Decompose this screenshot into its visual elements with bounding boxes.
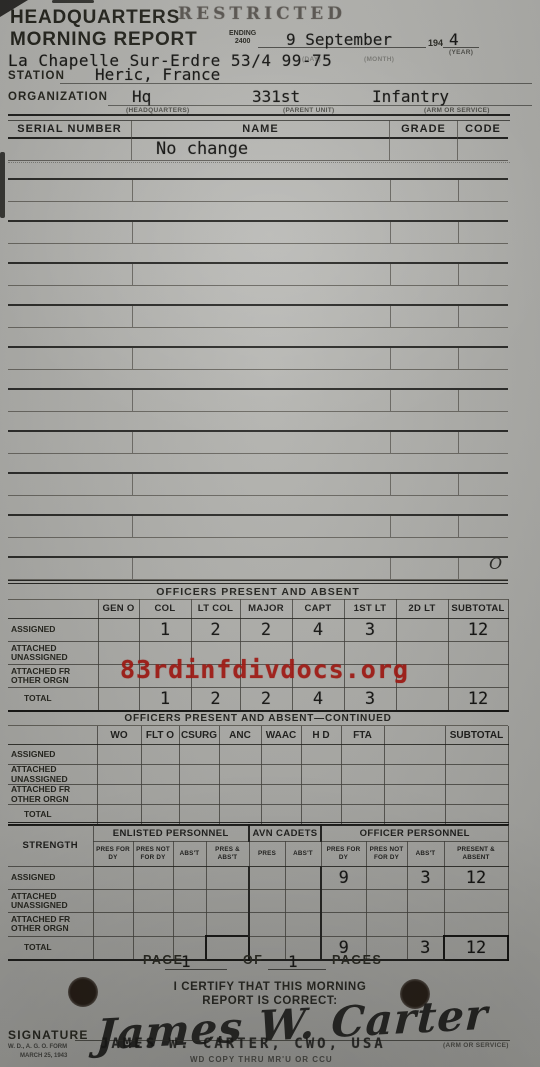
roster-row-rule <box>8 180 508 202</box>
signature-label: SIGNATURE <box>8 1028 89 1042</box>
group-header-avn-cadets: AVN CADETS <box>249 824 321 842</box>
table-cell <box>321 913 366 937</box>
row-label: ATTACHED FR OTHER ORGN <box>8 665 98 688</box>
table-cell <box>285 867 321 890</box>
column-header: ABS'T <box>285 842 321 867</box>
column-header-grade: GRADE <box>390 120 458 137</box>
table-cell <box>173 867 206 890</box>
table-cell <box>93 890 133 913</box>
row-label: ASSIGNED <box>8 619 98 642</box>
column-divider <box>458 180 459 201</box>
table-cell <box>366 890 407 913</box>
column-header-code: CODE <box>458 120 508 137</box>
row-label: ATTACHED FR OTHER ORGN <box>8 913 93 937</box>
column-header: PRES & ABS'T <box>206 842 249 867</box>
table-cell: 2 <box>191 688 240 712</box>
column-divider <box>390 516 391 537</box>
table-cell <box>444 913 508 937</box>
table-cell: 9 <box>321 867 366 890</box>
table-cell <box>133 890 173 913</box>
table-cell <box>93 936 133 960</box>
org-parent-value: 331st <box>252 87 300 106</box>
roster-entry-row: No change <box>8 137 508 161</box>
column-divider <box>132 348 133 369</box>
org-unit-value: Hq <box>132 87 151 106</box>
roster-row-rule <box>8 222 508 244</box>
roster-entry-name: No change <box>132 139 248 159</box>
column-divider <box>458 474 459 495</box>
table-cell <box>366 867 407 890</box>
column-header: WO <box>97 726 141 745</box>
table-cell <box>179 785 219 805</box>
table-cell <box>384 745 445 765</box>
roster-grade-cell <box>390 137 458 160</box>
officers-continued-table: WOFLT OCSURGANCWAACH DFTASUBTOTAL ASSIGN… <box>8 726 509 826</box>
table-cell <box>206 890 249 913</box>
row-label: ASSIGNED <box>8 745 97 765</box>
strength-table: STRENGTH ENLISTED PERSONNEL AVN CADETS O… <box>8 822 509 961</box>
roster-row-rule <box>8 516 508 538</box>
column-header: PRES <box>249 842 285 867</box>
table-cell <box>444 890 508 913</box>
column-header: PRES NOT FOR DY <box>133 842 173 867</box>
table-cell <box>206 913 249 937</box>
column-divider <box>132 474 133 495</box>
column-divider <box>132 558 133 579</box>
table-cell <box>407 913 444 937</box>
table-cell <box>384 785 445 805</box>
roster-row-rule <box>8 348 508 370</box>
table-cell <box>301 745 341 765</box>
ending-hour: 2400 <box>229 38 256 46</box>
table-cell <box>407 890 444 913</box>
roster-empty-row <box>8 388 508 430</box>
table-cell <box>366 913 407 937</box>
year-field: 4 <box>443 28 479 48</box>
organization-label: ORGANIZATION <box>8 91 108 103</box>
column-divider <box>390 306 391 327</box>
column-header: PRES FOR DY <box>93 842 133 867</box>
table-row: ASSIGNED1224312 <box>8 619 508 642</box>
table-cell: 12 <box>448 619 508 642</box>
column-header: H D <box>301 726 341 745</box>
table-cell <box>97 745 141 765</box>
handwritten-zero-mark: O <box>489 554 502 573</box>
org-sublabel-headquarters: (HEADQUARTERS) <box>126 107 189 114</box>
officers-continued-title: OFFICERS PRESENT AND ABSENT—CONTINUED <box>8 710 508 726</box>
form-number: W. D., A. G. O. FORM <box>8 1043 67 1052</box>
roster-empty-rows <box>8 178 508 598</box>
table-cell <box>133 913 173 937</box>
station-label: STATION <box>8 70 65 82</box>
column-divider <box>132 180 133 201</box>
table-cell <box>448 642 508 665</box>
table-cell <box>141 785 179 805</box>
table-cell: 12 <box>444 867 508 890</box>
column-header: SUBTOTAL <box>445 726 508 745</box>
date-field: 9 September <box>258 28 426 48</box>
roster-row-rule <box>8 264 508 286</box>
column-divider <box>390 390 391 411</box>
roster-empty-row <box>8 262 508 304</box>
roster-empty-row <box>8 514 508 556</box>
column-header: CSURG <box>179 726 219 745</box>
column-divider <box>132 516 133 537</box>
year-prefix: 194 <box>428 38 443 48</box>
table-cell <box>133 867 173 890</box>
column-divider <box>132 264 133 285</box>
certify-line1: I CERTIFY THAT THIS MORNING <box>128 980 412 994</box>
table-row-total: TOTAL1224312 <box>8 688 508 712</box>
ending-label: ENDING <box>229 30 256 38</box>
table-cell <box>301 785 341 805</box>
table-cell: 1 <box>139 688 191 712</box>
table-cell <box>173 913 206 937</box>
photo-edge-mark-left <box>0 152 5 218</box>
table-cell: 4 <box>292 688 344 712</box>
column-header: COL <box>139 599 191 619</box>
row-label: TOTAL <box>8 688 98 712</box>
officers-continued-header-row: WOFLT OCSURGANCWAACH DFTASUBTOTAL <box>8 726 508 745</box>
roster-row-rule <box>8 390 508 412</box>
year-sublabel: (YEAR) <box>449 49 473 56</box>
table-cell <box>321 890 366 913</box>
pages-total: 1 <box>288 952 298 971</box>
table-cell <box>396 619 448 642</box>
column-divider <box>390 432 391 453</box>
pages-total-field: 1 <box>268 951 326 970</box>
column-header: WAAC <box>261 726 301 745</box>
signature-typed-name: JAMES W. CARTER, CWO, USA <box>100 1036 386 1052</box>
column-divider <box>132 390 133 411</box>
row-label: ASSIGNED <box>8 867 93 890</box>
copy-routing-note: WD COPY THRU MR'U OR CCU <box>190 1055 333 1064</box>
day-sublabel: (DAY) <box>302 56 321 63</box>
roster-empty-row <box>8 472 508 514</box>
column-header: ANC <box>219 726 261 745</box>
column-divider <box>458 432 459 453</box>
column-divider <box>458 558 459 579</box>
column-divider <box>390 180 391 201</box>
table-cell <box>249 867 285 890</box>
table-cell <box>141 745 179 765</box>
column-header: PRES NOT FOR DY <box>366 842 407 867</box>
column-divider <box>390 474 391 495</box>
officers-header-row: GEN OCOLLT COLMAJORCAPT1ST LT2D LTSUBTOT… <box>8 599 508 619</box>
table-cell: 1 <box>139 619 191 642</box>
column-divider <box>390 348 391 369</box>
table-cell <box>141 765 179 785</box>
table-cell <box>396 688 448 712</box>
column-header: CAPT <box>292 599 344 619</box>
restricted-stamp: RESTRICTED <box>178 4 346 24</box>
table-cell <box>261 765 301 785</box>
roster-name-cell: No change <box>132 137 390 160</box>
table-cell: 2 <box>191 619 240 642</box>
table-cell <box>93 913 133 937</box>
roster-row-rule <box>8 306 508 328</box>
month-sublabel: (MONTH) <box>364 56 394 63</box>
table-cell <box>173 890 206 913</box>
station-value: Heric, France <box>95 65 220 84</box>
column-divider <box>458 264 459 285</box>
table-cell <box>341 765 384 785</box>
org-sublabel-parent-unit: (PARENT UNIT) <box>283 107 334 114</box>
org-arm-value: Infantry <box>372 87 449 106</box>
column-divider <box>458 306 459 327</box>
column-header-serial: SERIAL NUMBER <box>8 120 132 137</box>
roster-empty-row <box>8 178 508 220</box>
page-title-line2: MORNING REPORT <box>10 29 197 51</box>
table-row: ATTACHED UNASSIGNED <box>8 890 508 913</box>
year-value: 4 <box>449 30 459 49</box>
roster-row-rule <box>8 474 508 496</box>
roster-empty-row <box>8 220 508 262</box>
pages-label: PAGES <box>332 953 382 967</box>
column-divider <box>458 516 459 537</box>
column-divider <box>458 222 459 243</box>
table-cell <box>448 665 508 688</box>
punch-hole-left <box>68 977 98 1007</box>
column-header: FLT O <box>141 726 179 745</box>
table-cell: 12 <box>444 936 508 960</box>
of-label: OF <box>243 953 263 967</box>
row-label: ATTACHED UNASSIGNED <box>8 765 97 785</box>
row-label: ATTACHED UNASSIGNED <box>8 890 93 913</box>
column-header: LT COL <box>191 599 240 619</box>
officers-section-title: OFFICERS PRESENT AND ABSENT <box>8 580 508 600</box>
roster-row-rule <box>8 432 508 454</box>
column-header: ABS'T <box>407 842 444 867</box>
column-header-name: NAME <box>132 120 390 137</box>
table-cell <box>341 745 384 765</box>
roster-empty-row <box>8 430 508 472</box>
column-header: FTA <box>341 726 384 745</box>
table-row: ASSIGNED9312 <box>8 867 508 890</box>
page-number: 1 <box>181 952 191 971</box>
table-cell <box>93 867 133 890</box>
roster-serial-cell <box>8 137 132 160</box>
group-header-enlisted: ENLISTED PERSONNEL <box>93 824 249 842</box>
column-header: PRES FOR DY <box>321 842 366 867</box>
column-header: 2D LT <box>396 599 448 619</box>
row-label: TOTAL <box>8 936 93 960</box>
column-divider <box>390 558 391 579</box>
form-number-text: W. D., A. G. O. FORM MARCH 25, 1943 <box>8 1043 67 1061</box>
org-sublabel-arm-service: (ARM OR SERVICE) <box>424 107 490 114</box>
roster-empty-row <box>8 346 508 388</box>
table-cell <box>249 913 285 937</box>
table-cell <box>219 745 261 765</box>
table-row: ATTACHED FR OTHER ORGN <box>8 913 508 937</box>
table-cell <box>445 785 508 805</box>
website-watermark: 83rdinfdivdocs.org <box>120 655 409 684</box>
table-cell <box>445 745 508 765</box>
table-cell <box>261 745 301 765</box>
table-cell <box>384 765 445 785</box>
roster-faint-rule <box>8 162 510 163</box>
strength-label: STRENGTH <box>8 824 93 867</box>
photo-edge-mark-top <box>52 0 94 3</box>
table-cell: 2 <box>240 688 292 712</box>
page-number-field: 1 <box>165 951 227 970</box>
table-cell <box>97 765 141 785</box>
table-row: ATTACHED UNASSIGNED <box>8 765 508 785</box>
table-cell: 3 <box>407 936 444 960</box>
table-cell: 2 <box>240 619 292 642</box>
table-cell <box>261 785 301 805</box>
organization-field: Hq 331st Infantry <box>108 86 532 106</box>
table-cell <box>98 619 139 642</box>
column-header: SUBTOTAL <box>448 599 508 619</box>
table-row: ATTACHED FR OTHER ORGN <box>8 785 508 805</box>
table-cell: 4 <box>292 619 344 642</box>
table-cell: 3 <box>344 619 396 642</box>
form-date: MARCH 25, 1943 <box>8 1052 67 1061</box>
table-cell <box>285 913 321 937</box>
row-label: ATTACHED FR OTHER ORGN <box>8 785 97 805</box>
group-header-officer: OFFICER PERSONNEL <box>321 824 508 842</box>
table-row: ASSIGNED <box>8 745 508 765</box>
table-cell <box>341 785 384 805</box>
table-cell <box>97 785 141 805</box>
signature-arm-sublabel: (ARM OR SERVICE) <box>443 1042 509 1049</box>
date-value: 9 September <box>286 30 392 49</box>
column-header: GEN O <box>98 599 139 619</box>
table-cell <box>179 745 219 765</box>
page-title: HEADQUARTERS <box>10 7 180 29</box>
table-cell <box>445 765 508 785</box>
row-label: ATTACHED UNASSIGNED <box>8 642 98 665</box>
column-divider <box>390 222 391 243</box>
column-header: PRESENT & ABSENT <box>444 842 508 867</box>
strength-group-header-row: STRENGTH ENLISTED PERSONNEL AVN CADETS O… <box>8 824 508 842</box>
roster-code-cell <box>458 137 508 160</box>
table-cell <box>98 688 139 712</box>
table-cell <box>206 867 249 890</box>
roster-empty-row <box>8 304 508 346</box>
ending-2400-label: ENDING 2400 <box>229 30 256 47</box>
column-divider <box>458 348 459 369</box>
column-header <box>384 726 445 745</box>
column-divider <box>132 306 133 327</box>
column-divider <box>458 390 459 411</box>
column-divider <box>132 222 133 243</box>
station-field: Heric, France <box>60 64 532 84</box>
morning-report-document: RESTRICTED HEADQUARTERS MORNING REPORT E… <box>0 0 540 1067</box>
roster-row-rule <box>8 558 508 580</box>
table-cell <box>179 765 219 785</box>
table-cell: 3 <box>407 867 444 890</box>
table-cell: 3 <box>344 688 396 712</box>
column-divider <box>390 264 391 285</box>
table-cell <box>285 890 321 913</box>
column-header: 1ST LT <box>344 599 396 619</box>
table-cell: 12 <box>448 688 508 712</box>
table-cell <box>219 785 261 805</box>
column-divider <box>132 432 133 453</box>
column-header: ABS'T <box>173 842 206 867</box>
table-cell <box>249 890 285 913</box>
table-cell <box>219 765 261 785</box>
table-cell <box>301 765 341 785</box>
column-header: MAJOR <box>240 599 292 619</box>
